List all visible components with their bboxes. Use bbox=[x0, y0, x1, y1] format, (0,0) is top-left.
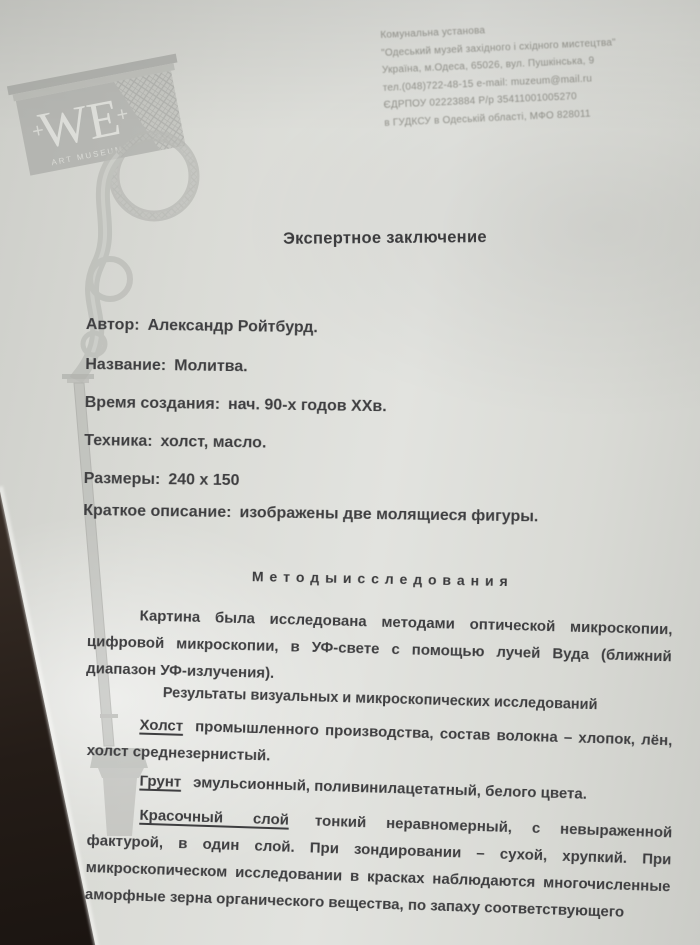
paint-layer-term: Красочный слой bbox=[139, 807, 289, 829]
paint-layer-paragraph: Красочный слойтонкий неравномерный, с не… bbox=[84, 800, 672, 927]
field-label: Размеры: bbox=[84, 470, 161, 488]
field-dimensions: Размеры:240 х 150 bbox=[84, 470, 670, 502]
field-label: Краткое описание: bbox=[83, 502, 231, 521]
field-technique: Техника:холст, масло. bbox=[84, 432, 670, 464]
field-label: Название: bbox=[85, 356, 166, 374]
ground-term: Грунт bbox=[139, 773, 181, 791]
photographed-document: WE + + ART MUSEUM Комунальна установа "О… bbox=[0, 0, 700, 945]
field-value: изображены две молящиеся фигуры. bbox=[239, 504, 538, 525]
field-value: нач. 90-х годов ХХв. bbox=[228, 396, 387, 415]
field-value: Александр Ройтбурд. bbox=[147, 317, 318, 336]
field-value: Молитва. bbox=[174, 357, 248, 375]
field-name: Название:Молитва. bbox=[85, 356, 671, 388]
field-value: 240 х 150 bbox=[168, 471, 239, 489]
field-label: Автор: bbox=[86, 316, 140, 334]
letterhead-org-block: Комунальна установа "Одеський музей захі… bbox=[380, 13, 694, 132]
field-label: Техника: bbox=[84, 432, 153, 450]
field-value: холст, масло. bbox=[160, 433, 266, 451]
artwork-fields: Автор:Александр Ройтбурд. Название:Молит… bbox=[83, 316, 672, 534]
canvas-term: Холст bbox=[139, 717, 183, 735]
field-creation-time: Время создания:нач. 90-х годов ХХв. bbox=[85, 394, 671, 426]
field-label: Время создания: bbox=[85, 394, 220, 413]
methods-intro-paragraph: Картина была исследована методами оптиче… bbox=[86, 601, 673, 697]
